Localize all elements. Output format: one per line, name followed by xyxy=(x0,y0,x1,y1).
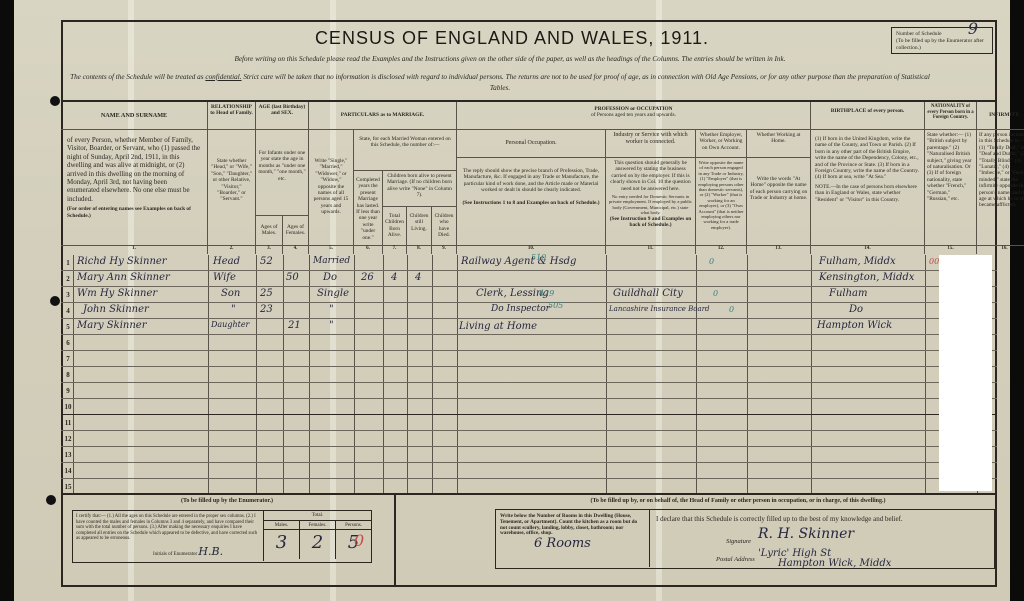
column-number: 11. xyxy=(606,246,696,254)
total-label: Total. xyxy=(264,511,371,521)
employer-cell[interactable]: 0 xyxy=(713,289,718,298)
punch-hole-icon xyxy=(46,495,56,505)
infirmity-instructions: If any person included in this Schedule … xyxy=(977,130,1024,246)
rooms-instruction: Write below the Number of Rooms in this … xyxy=(500,514,645,537)
table-row: 3 Wm Hy Skinner Son 25 Single Clerk, Les… xyxy=(61,287,997,303)
schedule-note: (To be filled up by the Enumerator after… xyxy=(896,38,988,52)
occupation-cell[interactable]: Railway Agent & Hsdg xyxy=(461,256,576,267)
personal-occupation-instructions: The reply should show the precise branch… xyxy=(457,158,606,246)
birthplace-cell[interactable]: Kensington, Middx xyxy=(819,272,914,283)
column-number: 9. xyxy=(432,246,457,254)
age-female-cell[interactable]: 21 xyxy=(288,320,301,331)
enumerator-title: (To be filled up by the Enumerator.) xyxy=(62,498,392,504)
nationality-instructions: State whether:— (1) "British subject by … xyxy=(925,130,977,246)
table-row: 8 xyxy=(61,367,997,383)
column-number: 3. xyxy=(256,246,283,254)
row-number: 4 xyxy=(63,307,73,315)
column-number: 15. xyxy=(925,246,977,254)
home-instructions: Write the words "At Home" opposite the n… xyxy=(747,158,811,246)
column-number: 1. xyxy=(61,246,208,254)
header-relationship: RELATIONSHIP to Head of Family. xyxy=(208,102,256,130)
header-birthplace: BIRTHPLACE of every person. xyxy=(811,102,925,130)
children-header: Children born alive to present Marriage.… xyxy=(383,171,457,207)
confidentiality-notice: The contents of the Schedule will be tre… xyxy=(70,72,930,94)
total-females: Females. 2 xyxy=(300,521,336,559)
marriage-years-header: Completed years the present Marriage has… xyxy=(354,171,383,246)
certification-text: I certify that:— (1.) All the ages on th… xyxy=(76,514,258,542)
children-died-header: Children who have Died. xyxy=(432,207,457,246)
relationship-cell[interactable]: Daughter xyxy=(211,320,249,329)
children-living-header: Children still Living. xyxy=(407,207,432,246)
signature-value[interactable]: R. H. Skinner xyxy=(758,526,854,542)
row-number: 15 xyxy=(63,483,73,491)
confidential-text-pre: The contents of the Schedule will be tre… xyxy=(70,73,205,81)
header-age-females: Ages of Females. xyxy=(283,216,309,246)
relationship-cell[interactable]: " xyxy=(231,304,236,315)
industry-cell[interactable]: Lancashire Insurance Board xyxy=(609,305,710,313)
initials-value[interactable]: H.B. xyxy=(198,545,223,558)
personal-occupation-body: The reply should show the precise branch… xyxy=(462,168,600,194)
schedule-number-box: Number of Schedule (To be filled up by t… xyxy=(891,27,993,54)
females-label: Females. xyxy=(300,521,335,530)
census-table: NAME AND SURNAME of every Person, whethe… xyxy=(61,100,997,493)
birthplace-instructions: (1) If born in the United Kingdom, write… xyxy=(811,130,925,246)
table-row: 12 xyxy=(61,431,997,447)
punch-hole-icon xyxy=(50,96,60,106)
address-line-2[interactable]: Hampton Wick, Middx xyxy=(778,558,891,569)
row-number: 2 xyxy=(63,275,73,283)
marriage-cell[interactable]: " xyxy=(329,304,334,315)
column-number: 7. xyxy=(383,246,407,254)
header-marriage: PARTICULARS as to MARRIAGE. xyxy=(309,102,457,130)
name-cell[interactable]: Mary Ann Skinner xyxy=(77,272,170,283)
punch-hole-icon xyxy=(50,296,60,306)
years-married-cell[interactable]: 26 xyxy=(361,272,374,283)
employer-header: Whether Employer, Worker, or Working on … xyxy=(696,130,747,158)
birthplace-cell[interactable]: Fulham xyxy=(829,288,867,299)
table-row: 4 John Skinner " 23 " Do Inspector 505 L… xyxy=(61,303,997,319)
table-row: 1 Richd Hy Skinner Head 52 Married Railw… xyxy=(61,255,997,271)
marriage-status-instructions: Write "Single," "Married," "Widower," or… xyxy=(309,130,354,246)
marriage-cell[interactable]: Married xyxy=(313,256,350,266)
table-row: 6 xyxy=(61,335,997,351)
header-name: NAME AND SURNAME xyxy=(61,102,208,130)
table-row: 14 xyxy=(61,463,997,479)
declaration-text: I declare that this Schedule is correctl… xyxy=(656,515,903,523)
rooms-box: Write below the Number of Rooms in this … xyxy=(496,510,650,567)
personal-occupation-note: (See Instructions 1 to 8 and Examples on… xyxy=(462,200,600,206)
column-number: 14. xyxy=(811,246,925,254)
age-instructions: For Infants under one year state the age… xyxy=(256,130,309,216)
row-number: 9 xyxy=(63,387,73,395)
row-number: 3 xyxy=(63,291,73,299)
table-row: 7 xyxy=(61,351,997,367)
age-male-cell[interactable]: 23 xyxy=(260,304,273,315)
header-infirmity: INFIRMITY. xyxy=(977,102,1024,130)
column-number: 13. xyxy=(747,246,811,254)
profession-subtitle: of Persons aged ten years and upwards. xyxy=(459,112,808,118)
marriage-cell[interactable]: Single xyxy=(317,288,349,299)
head-section-title: (To be filled up by, or on behalf of, th… xyxy=(478,498,998,504)
occupation-code: 429 xyxy=(539,289,554,298)
children-living-cell[interactable]: 4 xyxy=(415,272,421,283)
row-number: 6 xyxy=(63,339,73,347)
females-value[interactable]: 2 xyxy=(300,530,335,556)
birthplace-note: NOTE.—In the case of persons born elsewh… xyxy=(815,184,920,203)
column-number: 2. xyxy=(208,246,256,254)
children-total-header: Total Children Born Alive. xyxy=(383,207,407,246)
enumerator-initials: Initials of Enumerator H.B. xyxy=(153,545,223,558)
row-number: 11 xyxy=(63,419,73,427)
birthplace-cell[interactable]: Do xyxy=(849,304,863,315)
name-cell[interactable]: John Skinner xyxy=(83,304,149,315)
relationship-instructions: State whether "Head," or "Wife," "Son," … xyxy=(208,130,256,246)
name-cell[interactable]: Wm Hy Skinner xyxy=(77,288,157,299)
confidential-word: confidential. xyxy=(205,73,241,81)
relationship-cell[interactable]: Son xyxy=(221,288,240,299)
row-number: 10 xyxy=(63,403,73,411)
row-number: 1 xyxy=(63,259,73,267)
rooms-value[interactable]: 6 Rooms xyxy=(534,541,591,547)
table-row: 11 xyxy=(61,415,997,431)
header-name-body: of every Person, whether Member of Famil… xyxy=(61,130,208,246)
occupation-code: 510 xyxy=(531,253,546,262)
name-cell[interactable]: Richd Hy Skinner xyxy=(77,256,167,267)
address-label: Postal Address xyxy=(716,556,755,563)
row-number: 12 xyxy=(63,435,73,443)
occupation-cell[interactable]: Do Inspector xyxy=(491,304,550,314)
home-header: Whether Working at Home. xyxy=(747,130,811,158)
column-number: 6. xyxy=(354,246,383,254)
row-number: 13 xyxy=(63,451,73,459)
column-number: 12. xyxy=(696,246,747,254)
industry-header: Industry or Service with which worker is… xyxy=(606,130,696,158)
table-row: 9 xyxy=(61,383,997,399)
males-value[interactable]: 3 xyxy=(264,530,299,556)
children-total-cell[interactable]: 4 xyxy=(391,272,397,283)
total-males: Males. 3 xyxy=(264,521,300,559)
head-of-family-section: (To be filled up by, or on behalf of, th… xyxy=(398,493,995,587)
certification-box: I certify that:— (1.) All the ages on th… xyxy=(72,510,372,563)
instruction-line: Before writing on this Schedule please r… xyxy=(130,55,890,63)
header-nationality: NATIONALITY of every Person born in a Fo… xyxy=(925,102,977,130)
marriage-cell[interactable]: " xyxy=(329,320,334,331)
name-instructions: of every Person, whether Member of Famil… xyxy=(67,136,201,203)
name-note: (For order of entering names see Example… xyxy=(67,206,201,219)
column-number: 4. xyxy=(283,246,309,254)
signature-label: Signature xyxy=(726,538,751,545)
marriage-cell[interactable]: Do xyxy=(323,272,337,283)
married-woman-instructions: State, for each Married Woman entered on… xyxy=(354,130,457,171)
employer-instructions: Write opposite the name of each person e… xyxy=(696,158,747,246)
confidential-text-post: Strict care will be taken that no inform… xyxy=(242,73,930,92)
birthplace-body: (1) If born in the United Kingdom, write… xyxy=(815,136,920,181)
initials-label: Initials of Enumerator xyxy=(153,552,197,557)
industry-body: This question should generally be answer… xyxy=(608,160,693,192)
personal-occupation-header: Personal Occupation. xyxy=(457,130,606,158)
industry-note: (See Instruction 9 and Examples on back … xyxy=(608,216,693,229)
industry-cell[interactable]: Guildhall City xyxy=(613,288,683,299)
enumerator-section: (To be filled up by the Enumerator.) I c… xyxy=(62,493,396,587)
table-row: 2 Mary Ann Skinner Wife 50 Do 26 4 4 Ken… xyxy=(61,271,997,287)
industry-small: No entry needed for Domestic Servants in… xyxy=(608,194,693,216)
column-number: 8. xyxy=(407,246,432,254)
age-female-cell[interactable]: 50 xyxy=(286,272,299,283)
column-number: 5. xyxy=(309,246,354,254)
redacted-infirmity-column xyxy=(939,255,992,491)
header-age: AGE (last Birthday) and SEX. xyxy=(256,102,309,130)
industry-instructions: This question should generally be answer… xyxy=(606,158,696,246)
birthplace-cell[interactable]: Fulham, Middx xyxy=(819,256,896,267)
relationship-cell[interactable]: Head xyxy=(213,256,240,267)
declaration-box: Write below the Number of Rooms in this … xyxy=(495,509,995,569)
table-row: 5 Mary Skinner Daughter 21 " Living at H… xyxy=(61,319,997,335)
relationship-cell[interactable]: Wife xyxy=(213,272,236,283)
table-row: 10 xyxy=(61,399,997,415)
age-male-cell[interactable]: 25 xyxy=(260,288,273,299)
row-number: 14 xyxy=(63,467,73,475)
column-number: 16. xyxy=(977,246,1024,254)
occupation-code: 505 xyxy=(548,301,563,310)
persons-label: Persons. xyxy=(336,521,371,530)
age-male-cell[interactable]: 52 xyxy=(260,256,273,267)
red-check-mark: 0 xyxy=(354,531,364,550)
row-number: 8 xyxy=(63,371,73,379)
header-profession: PROFESSION or OCCUPATION of Persons aged… xyxy=(457,102,811,130)
occupation-cell[interactable]: Clerk, Lessing xyxy=(476,288,549,299)
name-cell[interactable]: Mary Skinner xyxy=(77,320,147,331)
males-label: Males. xyxy=(264,521,299,530)
employer-cell[interactable]: 0 xyxy=(709,257,714,266)
form-title: CENSUS OF ENGLAND AND WALES, 1911. xyxy=(300,28,724,49)
schedule-number[interactable]: 9 xyxy=(968,25,978,32)
birthplace-cell[interactable]: Hampton Wick xyxy=(817,320,892,331)
table-row: 13 xyxy=(61,447,997,463)
employer-cell[interactable]: 0 xyxy=(729,305,734,314)
row-number: 7 xyxy=(63,355,73,363)
header-age-males: Ages of Males. xyxy=(256,216,283,246)
occupation-cell[interactable]: Living at Home xyxy=(459,321,537,332)
row-number: 5 xyxy=(63,323,73,331)
